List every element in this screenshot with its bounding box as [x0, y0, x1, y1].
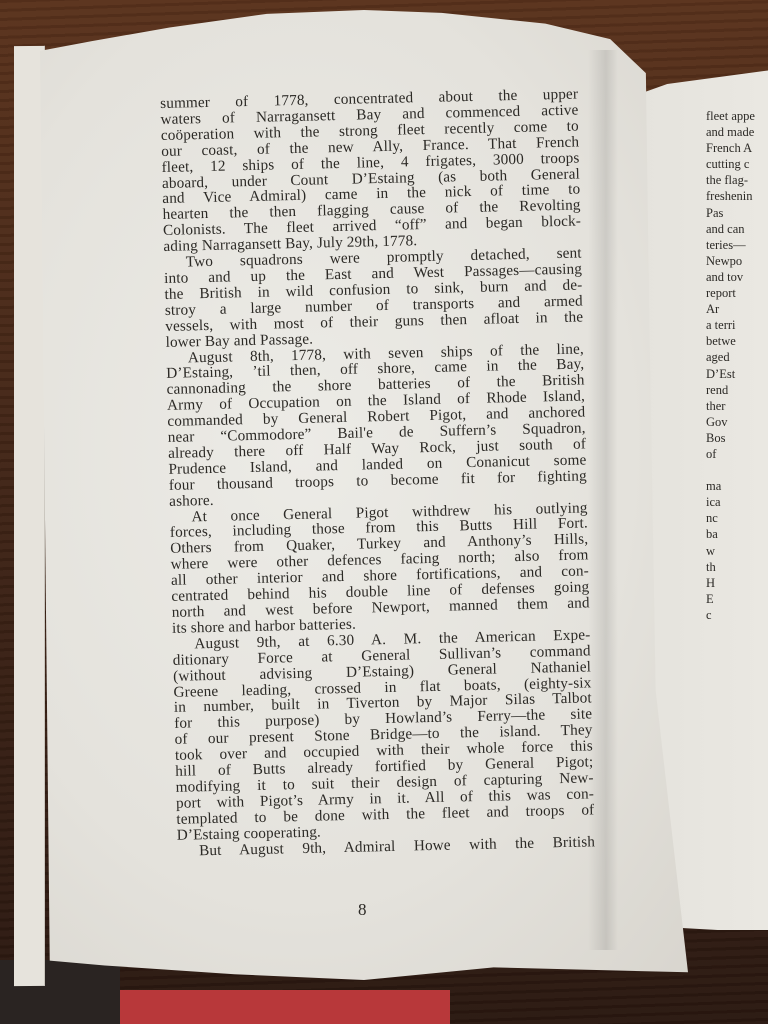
right-page-text-fragment: Newpo — [706, 253, 768, 269]
right-page-text-fragment: freshenin — [706, 188, 768, 204]
right-page-text-fragment: ba — [706, 526, 768, 542]
right-page-text-fragment: Ar — [706, 301, 768, 317]
right-page-text-fragment: Bos — [706, 430, 768, 446]
right-page-text-fragment: teries— — [706, 237, 768, 253]
right-page-text-fragment: E — [706, 591, 768, 607]
right-page-text-fragment: th — [706, 559, 768, 575]
right-page-text-fragment: nc — [706, 510, 768, 526]
right-page-text-fragment: c — [706, 607, 768, 623]
right-page-text-fragment: betwe — [706, 333, 768, 349]
right-page-text-fragment: H — [706, 575, 768, 591]
right-page-text-fragment: fleet appe — [706, 108, 768, 124]
right-page-text-fragment: ma — [706, 478, 768, 494]
right-page-text-fragment: Pas — [706, 205, 768, 221]
left-page-body-text: summer of 1778, concentrated about the u… — [160, 87, 595, 860]
right-page-text-fragment: D’Est — [706, 366, 768, 382]
right-page-text-fragment: cutting c — [706, 156, 768, 172]
right-page-text-fragment: w — [706, 543, 768, 559]
right-page-text-fragment: of — [706, 446, 768, 462]
page-stack-edge — [14, 46, 45, 986]
right-page-text-fragment: and can — [706, 221, 768, 237]
right-page-text-fragment: a terri — [706, 317, 768, 333]
red-cloth — [110, 990, 450, 1024]
right-page-text-fragment: and tov — [706, 269, 768, 285]
right-page-text-fragment: ica — [706, 494, 768, 510]
right-page-text-fragment — [706, 462, 768, 478]
right-page-text-fragment: and made — [706, 124, 768, 140]
right-page-text-fragment: report — [706, 285, 768, 301]
page-number: 8 — [358, 900, 367, 920]
right-page-text-fragment: the flag- — [706, 172, 768, 188]
right-page-text-fragment: aged — [706, 349, 768, 365]
right-page-text-fragment: ther — [706, 398, 768, 414]
right-page-text-fragment: rend — [706, 382, 768, 398]
right-page-text-fragment: Gov — [706, 414, 768, 430]
right-page-partial-text: fleet appeand madeFrench Acutting cthe f… — [706, 108, 768, 623]
right-page-text-fragment: French A — [706, 140, 768, 156]
